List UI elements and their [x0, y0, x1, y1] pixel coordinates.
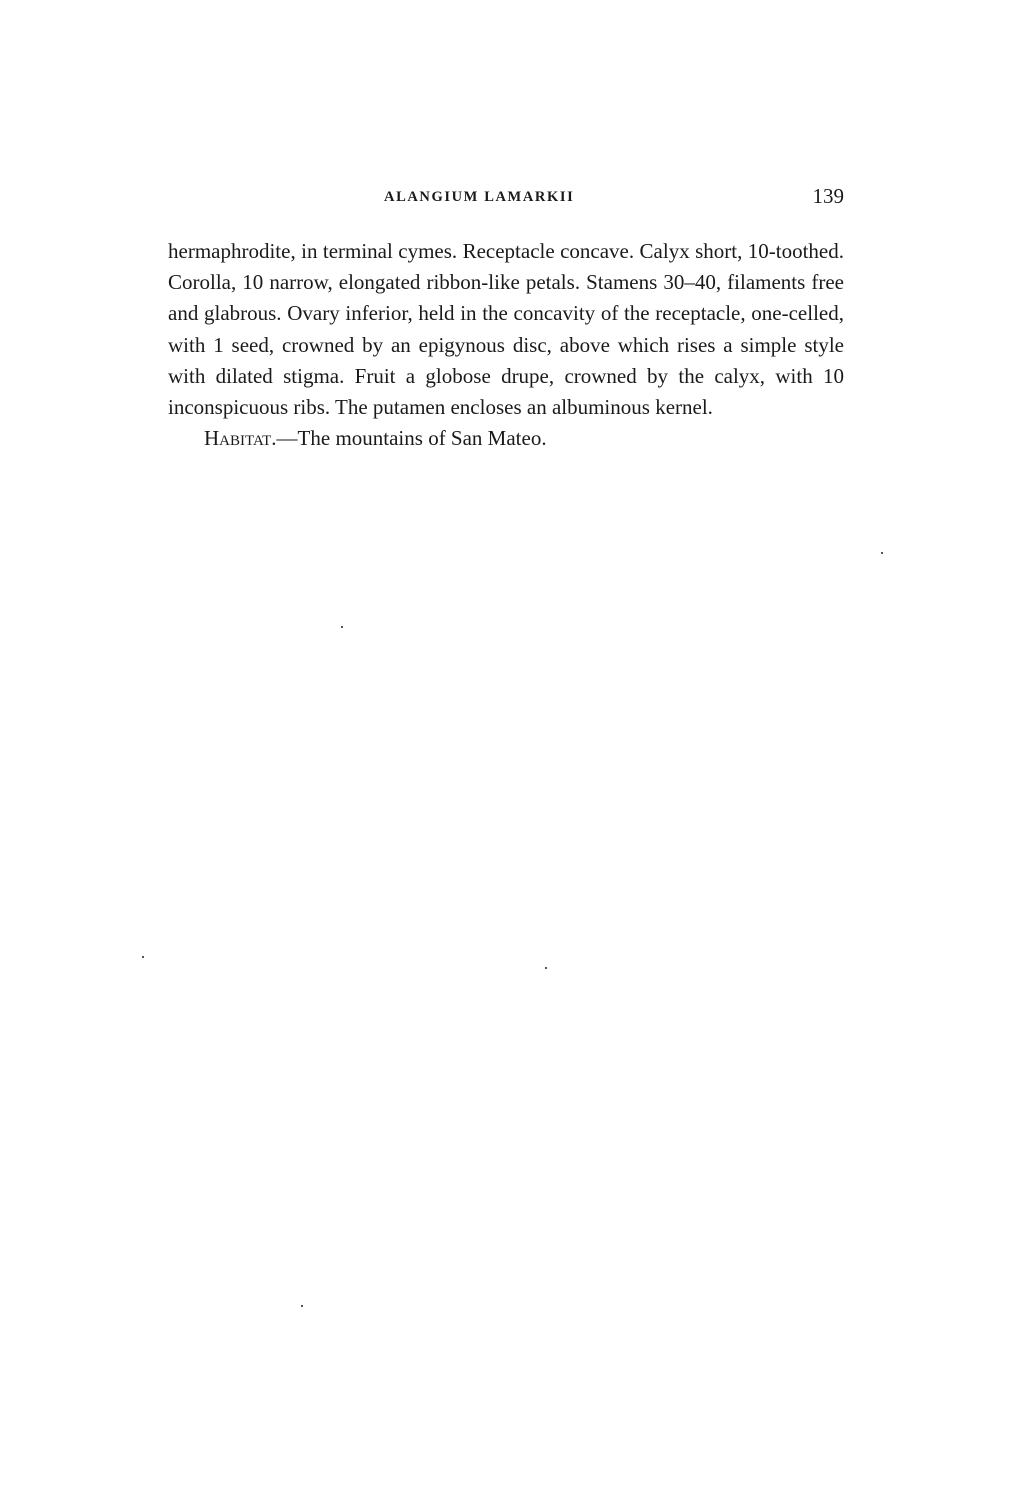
running-head: ALANGIUM LAMARKII [384, 189, 574, 206]
description-paragraph: hermaphrodite, in terminal cymes. Recept… [168, 236, 844, 423]
habitat-text: —The mountains of San Mateo. [277, 426, 547, 450]
scan-speck [301, 1305, 303, 1307]
body-text: hermaphrodite, in terminal cymes. Recept… [168, 236, 844, 454]
scan-speck [881, 552, 883, 554]
scan-speck [142, 956, 144, 958]
habitat-label: Habitat. [204, 426, 277, 450]
habitat-paragraph: Habitat.—The mountains of San Mateo. [168, 423, 844, 454]
page-header: ALANGIUM LAMARKII 139 [168, 186, 844, 212]
scan-speck [341, 626, 343, 628]
page-number: 139 [813, 184, 845, 209]
scan-speck [545, 967, 547, 969]
